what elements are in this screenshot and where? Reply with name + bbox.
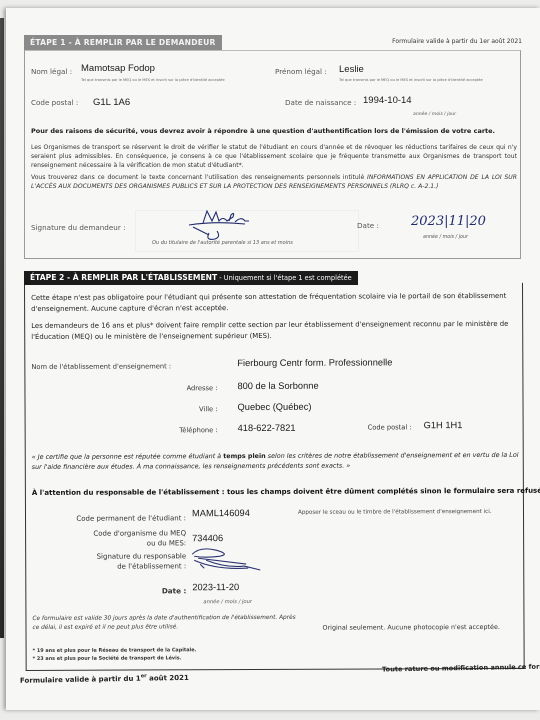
institution-name-label: Nom de l'établissement d'enseignement : (31, 362, 215, 371)
applicant-date-field[interactable]: 2023|11|20 (411, 214, 486, 229)
birth-date-field[interactable]: 1994-10-14 (363, 95, 412, 106)
photo-edge-shadow (0, 18, 4, 638)
step2-header-title: ÉTAPE 2 - À REMPLIR PAR L'ÉTABLISSEMENT (30, 273, 217, 282)
phone-field[interactable]: 418-622-7821 (238, 423, 296, 433)
footnote-levis: * 23 ans et plus pour la Société de tran… (33, 654, 197, 663)
step2-requirement-paragraph: Les demandeurs de 16 ans et plus* doiven… (31, 319, 519, 342)
official-date-label: Date : (66, 586, 186, 596)
certification-full-time: temps plein (223, 452, 266, 460)
stamp-instruction: Apposer le sceau ou le timbre de l'établ… (298, 509, 492, 516)
org-code-field[interactable]: 734406 (192, 533, 223, 543)
official-signature-label-line2: de l'établissement : (66, 562, 186, 571)
step1-header: ÉTAPE 1 - À REMPLIR PAR LE DEMANDEUR (24, 35, 222, 50)
form-validity-top: Formulaire valide à partir du 1er août 2… (392, 38, 522, 45)
attention-notice: À l'attention du responsable de l'établi… (32, 487, 540, 497)
privacy-paragraph-text: Vous trouverez dans ce document le texte… (31, 174, 367, 181)
legal-name-hint: Tel que transmis par le MEQ ou le MES et… (81, 78, 225, 82)
first-name-hint: Tel que transmis par le MEQ ou le MES et… (339, 78, 483, 82)
org-code-label-line2: ou du MES: (66, 539, 186, 548)
official-date-field[interactable]: 2023-11-20 (192, 582, 239, 592)
official-signature-scribble (186, 546, 276, 576)
phone-label: Téléphone : (126, 426, 218, 434)
security-notice: Pour des raisons de sécurité, vous devre… (31, 127, 495, 135)
first-name-label: Prénom légal : (275, 67, 327, 76)
step2-intro-paragraph: Cette étape n'est pas obligatoire pour l… (31, 291, 519, 314)
city-label: Ville : (126, 405, 218, 413)
applicant-date-hint: année / mois / jour (423, 235, 468, 240)
step1-section: Nom légal : Mamotsap Fodop Tel que trans… (24, 50, 521, 259)
step2-header-subtitle: - Uniquement si l'étape 1 est complétée (217, 274, 352, 282)
permanent-code-label: Code permanent de l'étudiant : (26, 514, 186, 523)
address-label: Adresse : (125, 384, 217, 392)
postal-code-field[interactable]: G1L 1A6 (93, 97, 130, 108)
step2-section: Cette étape n'est pas obligatoire pour l… (24, 283, 525, 671)
postal-code-label: Code postal : (31, 98, 78, 107)
certification-statement: « Je certifie que la personne est réputé… (32, 450, 522, 472)
applicant-signature-hint: Ou du titulaire de l'autorité parentale … (152, 240, 293, 246)
birth-date-label: Date de naissance : (285, 98, 356, 107)
org-code-label-line1: Code d'organisme du MEQ (66, 529, 186, 538)
applicant-date-label: Date : (357, 221, 379, 230)
validity-note: Ce formulaire est valide 30 jours après … (32, 614, 302, 633)
consent-paragraph: Les Organismes de transport se réservent… (31, 143, 517, 170)
certification-text-start: « Je certifie que la personne est réputé… (32, 452, 224, 461)
official-signature-label-line1: Signature du responsable (66, 552, 186, 561)
original-only-note: Original seulement. Aucune photocopie n'… (322, 623, 499, 632)
address-field[interactable]: 800 de la Sorbonne (237, 381, 318, 391)
institution-postal-code-label: Code postal : (356, 423, 412, 431)
legal-name-field[interactable]: Mamotsap Fodop (81, 63, 155, 74)
applicant-signature-label: Signature du demandeur : (31, 223, 126, 232)
permanent-code-field[interactable]: MAML146094 (192, 508, 250, 518)
institution-postal-code-field[interactable]: G1H 1H1 (424, 420, 463, 430)
institution-name-field[interactable]: Fierbourg Centr form. Professionnelle (237, 357, 392, 368)
city-field[interactable]: Quebec (Québec) (238, 402, 312, 412)
legal-name-label: Nom légal : (31, 67, 72, 76)
footnotes: * 19 ans et plus pour le Réseau de trans… (33, 646, 197, 663)
official-date-hint: année / mois / jour (203, 599, 252, 605)
birth-date-format-hint: année / mois / jour (413, 112, 456, 117)
validity-date: août 2021 (147, 674, 189, 683)
first-name-field[interactable]: Leslie (339, 64, 364, 75)
privacy-paragraph: Vous trouverez dans ce document le texte… (31, 173, 517, 191)
